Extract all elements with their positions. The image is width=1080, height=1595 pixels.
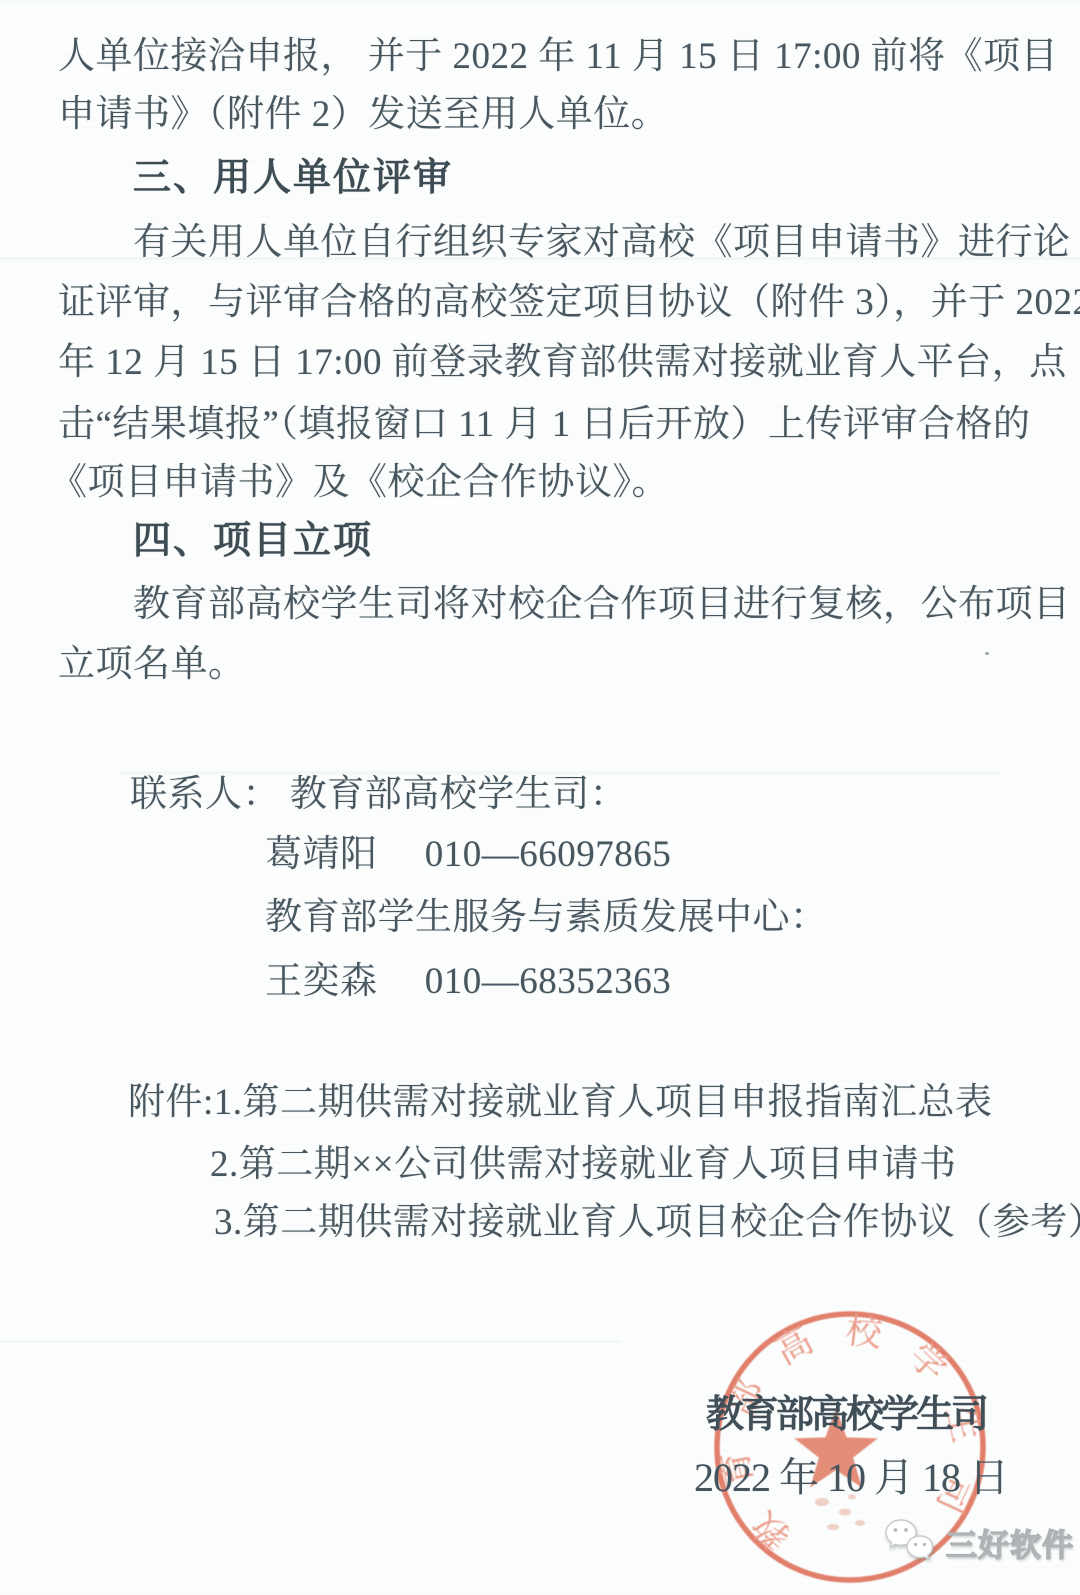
scan-speck bbox=[985, 652, 989, 655]
signature-date: 2022 年 10 月 18 日 bbox=[694, 1447, 1008, 1509]
signature-issuer: 教育部高校学生司 bbox=[706, 1384, 986, 1446]
official-seal: 教育部高校学生司 bbox=[0, 0, 1080, 1595]
scanned-document-page: 人单位接洽申报， 并于 2022 年 11 月 15 日 17:00 前将《项目… bbox=[0, 0, 1080, 1595]
watermark-text: 三好软件 bbox=[946, 1520, 1074, 1565]
watermark: 三好软件 bbox=[884, 1518, 1074, 1566]
wechat-icon bbox=[884, 1518, 936, 1566]
